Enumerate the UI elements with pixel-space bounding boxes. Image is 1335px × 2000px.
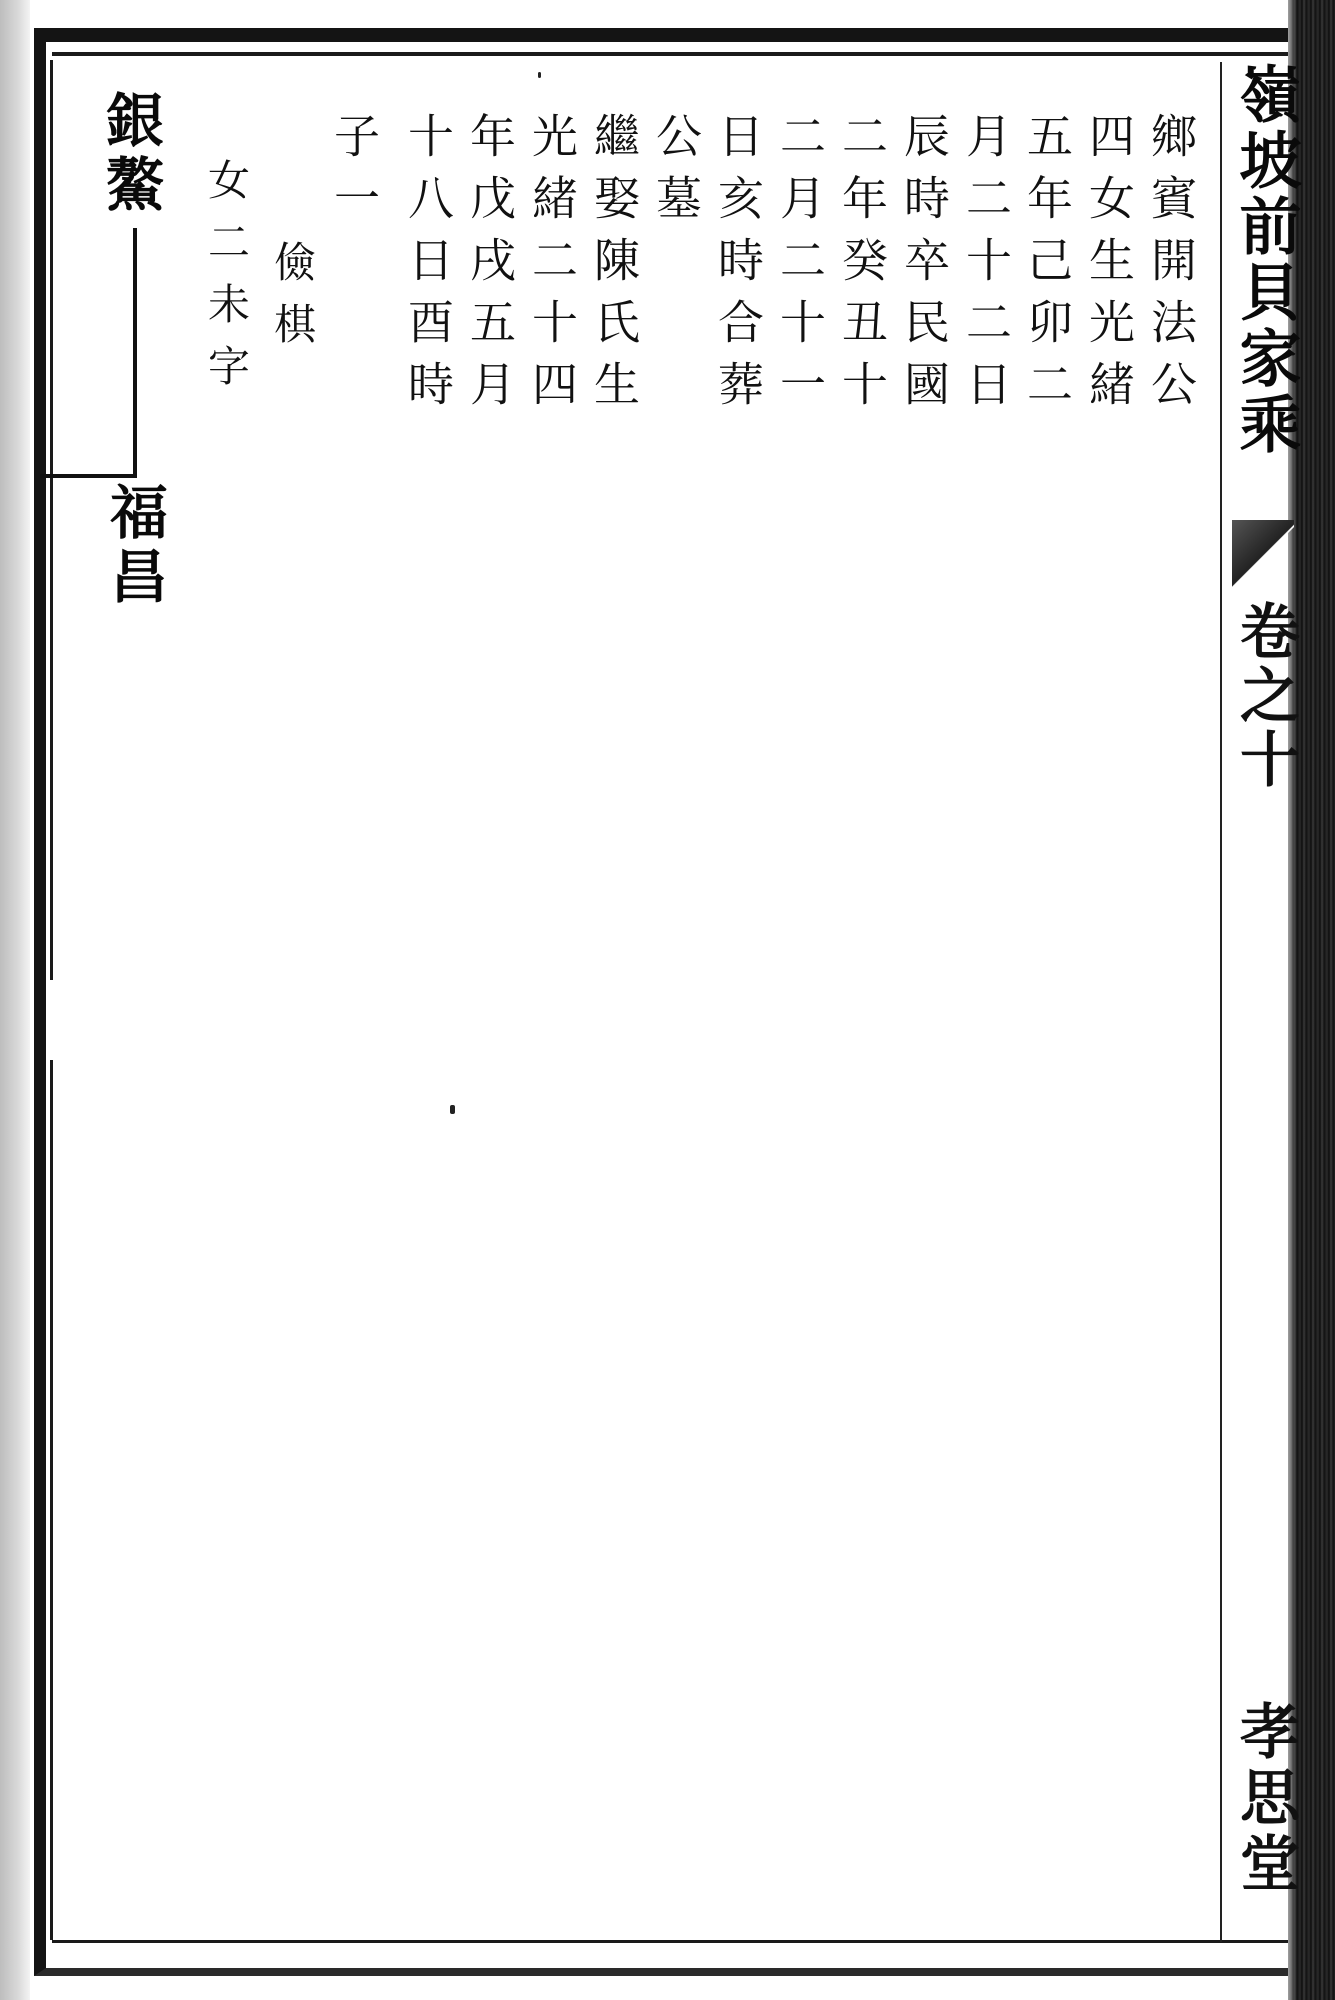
text-column: 五年己卯二	[1021, 112, 1073, 422]
text-column: 十八日酉時	[402, 112, 454, 422]
text-column: 二年癸丑十	[836, 112, 888, 422]
text-column: 辰時卒民國	[898, 112, 950, 422]
page-frame-inner-bottom	[52, 1940, 1292, 1943]
lineage-line-horizontal	[40, 474, 137, 478]
ink-speck	[538, 72, 541, 78]
banner-column-rule	[1220, 62, 1222, 1942]
text-column: 四女生光緒	[1083, 112, 1135, 422]
genealogy-title: 嶺坡前貝家乘	[1230, 62, 1300, 458]
text-column: 月二十二日	[960, 112, 1012, 422]
page-frame-inner-left	[50, 60, 53, 1940]
lineage-child-name: 福昌	[102, 482, 166, 610]
lineage-parent-name: 銀鰲	[98, 90, 162, 218]
son-name: 儉棋	[266, 240, 318, 364]
binding-edge	[0, 0, 30, 2000]
text-column: 日亥時合葬	[712, 112, 764, 422]
text-column: 公墓	[650, 112, 702, 236]
text-column: 光緒二十四	[526, 112, 578, 422]
text-column: 子一	[328, 112, 380, 236]
text-column: 鄉賓開法公	[1145, 112, 1197, 422]
page-frame-inner-top	[52, 52, 1292, 56]
lineage-line-vertical	[133, 228, 137, 478]
hall-name: 孝思堂	[1230, 1700, 1300, 1898]
volume-label: 卷之十	[1230, 600, 1300, 792]
ink-speck	[450, 1105, 455, 1114]
text-column: 年戊戌五月	[464, 112, 516, 422]
text-column: 繼娶陳氏生	[588, 112, 640, 422]
text-column: 二月二十一	[774, 112, 826, 422]
daughters-note: 女二未字	[200, 158, 252, 406]
